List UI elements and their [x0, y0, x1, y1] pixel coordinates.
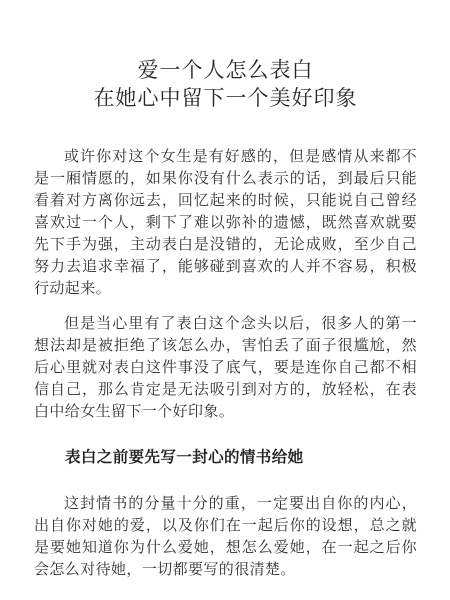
- section-heading: 表白之前要先写一封心的情书给她: [65, 447, 417, 469]
- paragraph-2: 但是当心里有了表白这个念头以后，很多人的第一想法却是被拒绝了该怎么办，害怕丢了面…: [34, 313, 417, 423]
- page-title-line-2: 在她心中留下一个美好印象: [34, 84, 417, 112]
- document-page: 爱一个人怎么表白 在她心中留下一个美好印象 或许你对这个女生是有好感的，但是感情…: [0, 0, 450, 600]
- paragraph-1: 或许你对这个女生是有好感的，但是感情从来都不是一厢情愿的，如果你没有什么表示的话…: [34, 146, 417, 300]
- page-title: 爱一个人怎么表白 在她心中留下一个美好印象: [34, 56, 417, 112]
- page-title-line-1: 爱一个人怎么表白: [34, 56, 417, 84]
- paragraph-3: 这封情书的分量十分的重，一定要出自你的内心，出自你对她的爱，以及你们在一起后你的…: [34, 493, 417, 581]
- document-body: 或许你对这个女生是有好感的，但是感情从来都不是一厢情愿的，如果你没有什么表示的话…: [34, 146, 417, 581]
